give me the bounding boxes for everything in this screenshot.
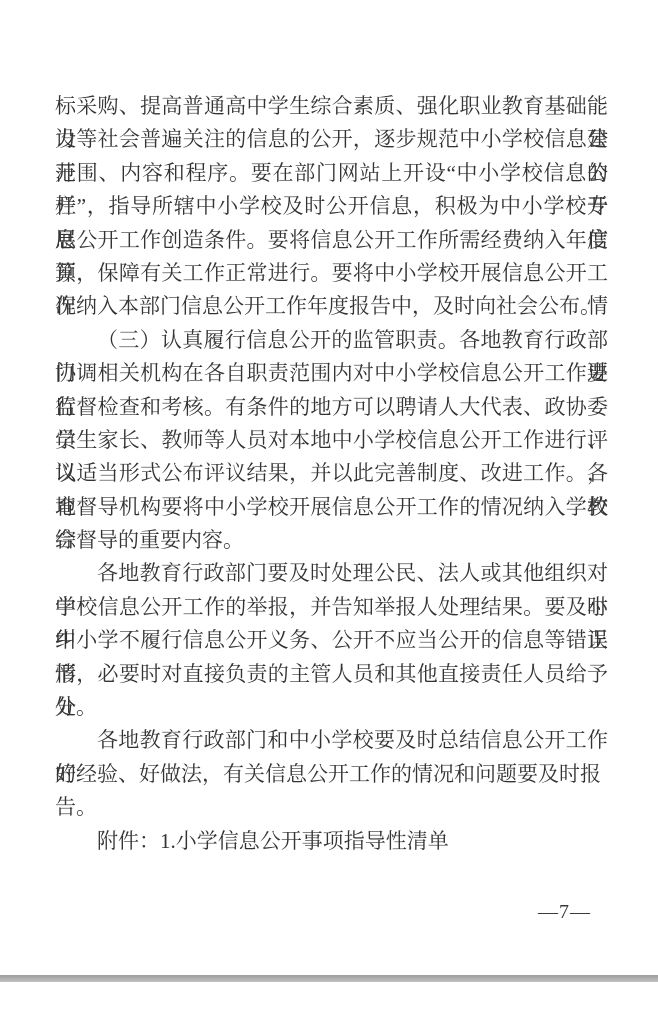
text-line: 设等社会普遍关注的信息的公开，逐步规范中小学校信息公开的 (55, 123, 608, 156)
text-line paragraph-start: 各地教育行政部门要及时处理公民、法人或其他组织对中小 (55, 557, 608, 590)
text-line: 以适当形式公布评议结果，并以此完善制度、改进工作。各地教 (55, 457, 608, 490)
document-page: 标采购、提高普通高中学生综合素质、强化职业教育基础能力建 设等社会普遍关注的信息… (0, 0, 658, 1024)
text-line: 协调相关机构在各自职责范围内对中小学校信息公开工作进行 (55, 357, 608, 390)
text-line: 监督检查和考核。有条件的地方可以聘请人大代表、政协委员、 (55, 391, 608, 424)
text-line: 中小学不履行信息公开义务、公开不应当公开的信息等错误情 (55, 624, 608, 657)
text-line: 分。 (55, 691, 608, 724)
text-line: 息公开工作创造条件。要将信息公开工作所需经费纳入年度预 (55, 224, 608, 257)
text-line: 学校信息公开工作的举报，并告知举报人处理结果。要及时纠正 (55, 591, 608, 624)
text-line: 范围、内容和程序。要在部门网站上开设“中小学校信息公开专 (55, 157, 608, 190)
document-body: 标采购、提高普通高中学生综合素质、强化职业教育基础能力建 设等社会普遍关注的信息… (55, 90, 608, 858)
text-line: 学生家长、教师等人员对本地中小学校信息公开工作进行评议， (55, 424, 608, 457)
text-line: 形，必要时对直接负责的主管人员和其他直接责任人员给予处 (55, 658, 608, 691)
text-line: 栏”，指导所辖中小学校及时公开信息，积极为中小学校开展信 (55, 190, 608, 223)
page-number: —7— (538, 901, 591, 924)
text-line: 况纳入本部门信息公开工作年度报告中，及时向社会公布。 (55, 290, 608, 323)
text-line: 算，保障有关工作正常进行。要将中小学校开展信息公开工作情 (55, 257, 608, 290)
text-line paragraph-start: （三）认真履行信息公开的监管职责。各地教育行政部门要 (55, 324, 608, 357)
text-line: 育督导机构要将中小学校开展信息公开工作的情况纳入学校综 (55, 491, 608, 524)
attachment-line: 附件：1.小学信息公开事项指导性清单 (55, 825, 608, 858)
text-line paragraph-start: 各地教育行政部门和中小学校要及时总结信息公开工作的 (55, 724, 608, 757)
text-line: 合督导的重要内容。 (55, 524, 608, 557)
page-bottom-edge-bar (0, 975, 658, 982)
text-line: 好经验、好做法，有关信息公开工作的情况和问题要及时报告。 (55, 758, 608, 791)
text-line: 标采购、提高普通高中学生综合素质、强化职业教育基础能力建 (55, 90, 608, 123)
